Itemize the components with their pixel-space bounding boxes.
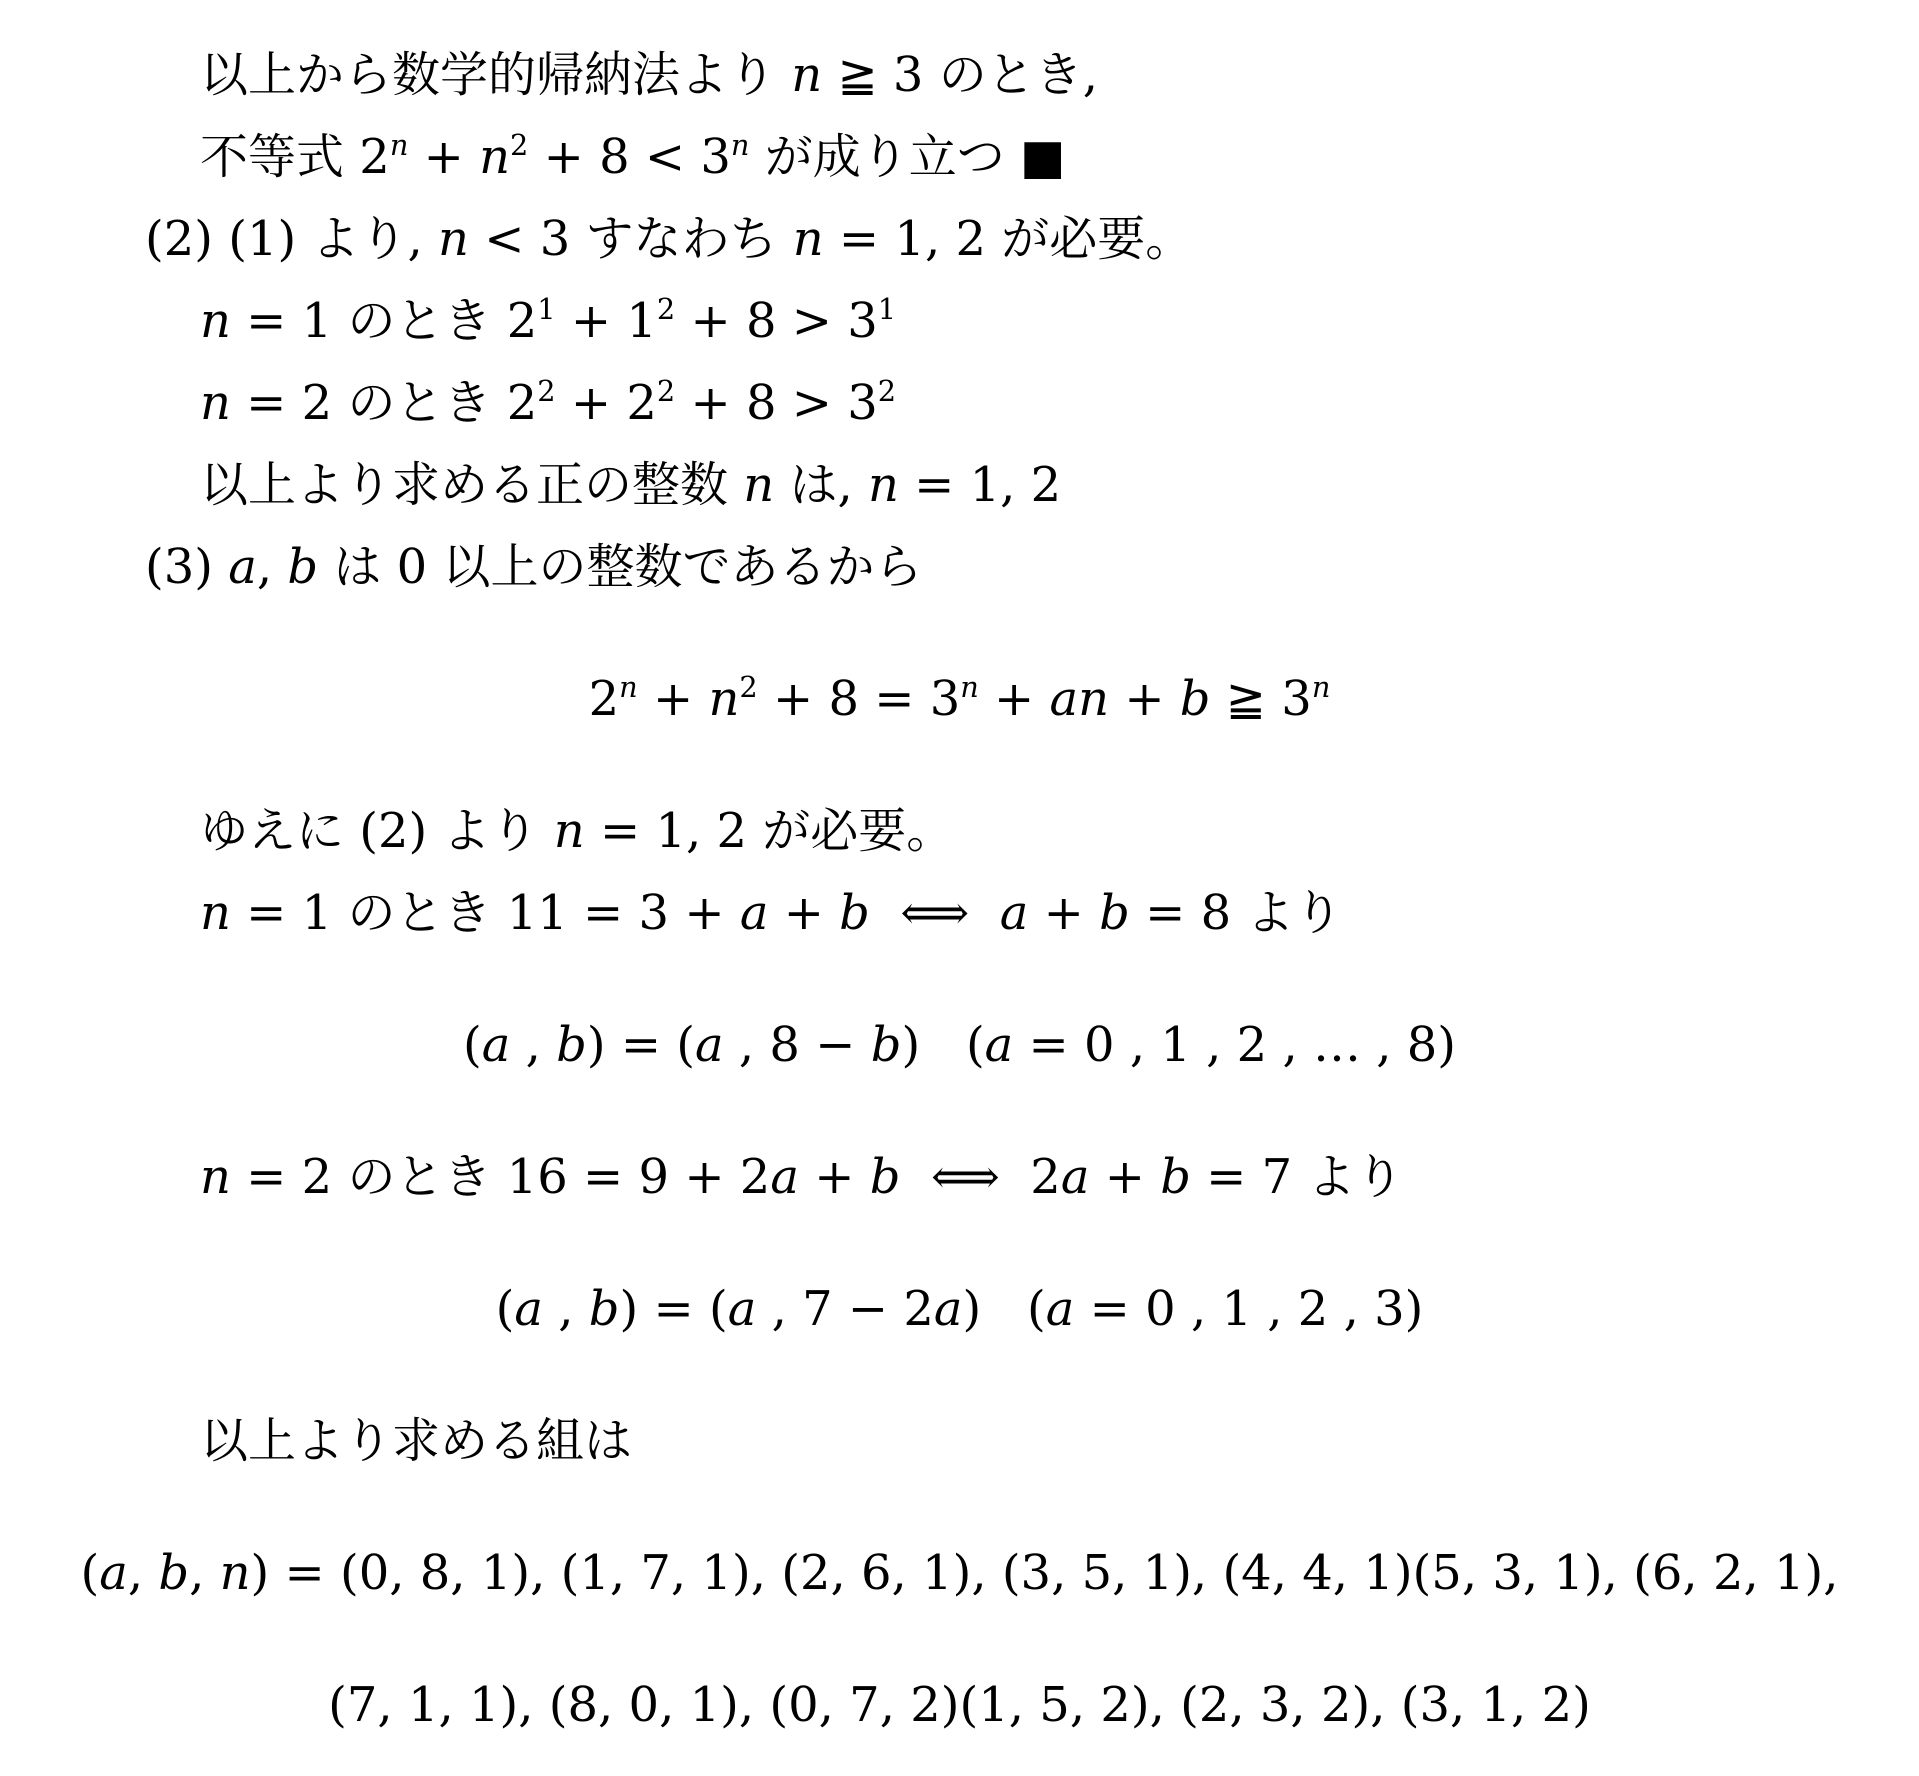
line-11-display-ab-n1: (a , b) = (a , 8 − b) (a = 0 , 1 , 2 , …… xyxy=(0,1004,1919,1086)
line-8-display-equation: 2n + n2 + 8 = 3n + an + b ≧ 3n xyxy=(0,658,1919,740)
line-15-answer-tuples-1: (a, b, n) = (0, 8, 1), (1, 7, 1), (2, 6,… xyxy=(0,1532,1919,1614)
line-5-case-n2: n = 2 のとき 22 + 22 + 8 > 32 xyxy=(200,362,1919,444)
line-2-inequality-qed: 不等式 2n + n2 + 8 < 3n が成り立つ ■ xyxy=(200,116,1919,198)
line-16-answer-tuples-2: (7, 1, 1), (8, 0, 1), (0, 7, 2)(1, 5, 2)… xyxy=(0,1664,1919,1746)
line-4-case-n1: n = 1 のとき 21 + 12 + 8 > 31 xyxy=(200,280,1919,362)
line-14-final-intro: 以上より求める組は xyxy=(200,1400,1919,1482)
line-1-induction-conclusion: 以上から数学的帰納法より n ≧ 3 のとき, xyxy=(200,34,1919,116)
line-3-part2-start: (2) (1) より, n < 3 すなわち n = 1, 2 が必要。 xyxy=(145,198,1919,280)
line-12-case-n2-equation: n = 2 のとき 16 = 9 + 2a + b ⟺ 2a + b = 7 よ… xyxy=(200,1136,1919,1218)
math-solution-document: 以上から数学的帰納法より n ≧ 3 のとき, 不等式 2n + n2 + 8 … xyxy=(0,0,1919,1746)
line-10-case-n1-equation: n = 1 のとき 11 = 3 + a + b ⟺ a + b = 8 より xyxy=(200,872,1919,954)
line-9-hence-necessary: ゆえに (2) より n = 1, 2 が必要。 xyxy=(200,790,1919,872)
line-7-part3-start: (3) a, b は 0 以上の整数であるから xyxy=(145,526,1919,608)
line-6-part2-answer: 以上より求める正の整数 n は, n = 1, 2 xyxy=(200,444,1919,526)
line-13-display-ab-n2: (a , b) = (a , 7 − 2a) (a = 0 , 1 , 2 , … xyxy=(0,1268,1919,1350)
